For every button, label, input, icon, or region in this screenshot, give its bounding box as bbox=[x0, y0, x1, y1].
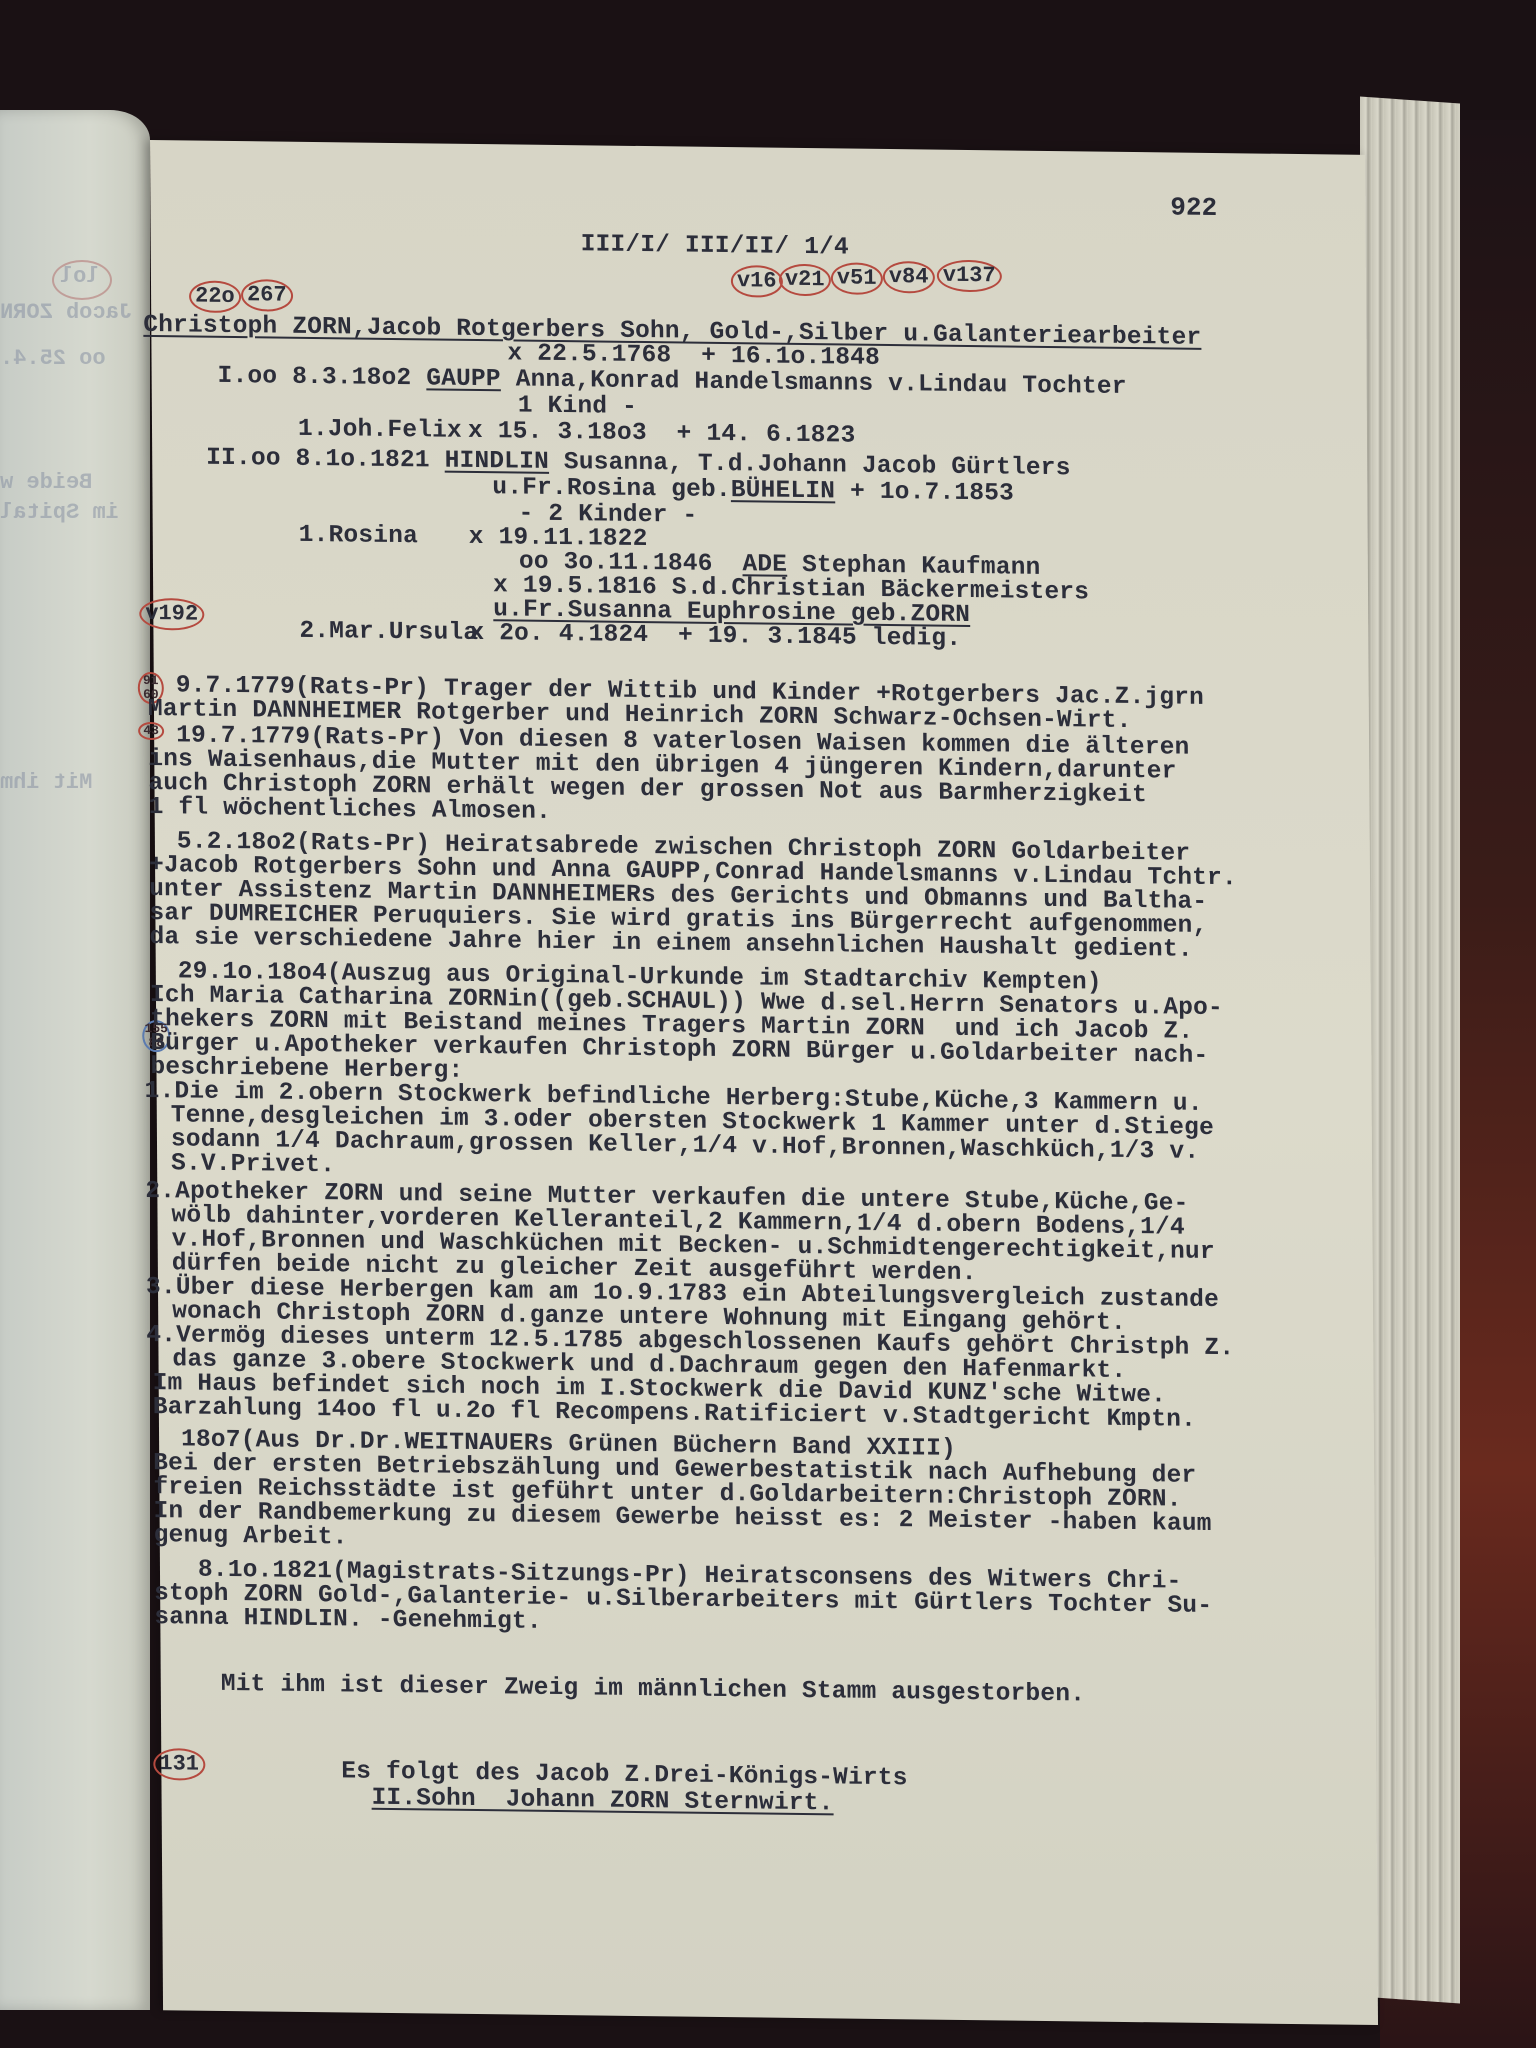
p5-line: genug Arbeit. bbox=[154, 1522, 348, 1552]
child-ursula-name: 2.Mar.Ursula bbox=[299, 618, 478, 648]
p2-line: 1 fl wöchentliches Almosen. bbox=[149, 794, 552, 827]
circled-ref: v192 bbox=[139, 598, 204, 631]
ghost-line: im Spital bbox=[0, 500, 119, 525]
circled-ref: 22o bbox=[189, 280, 241, 313]
child-ursula-dates: x 2o. 4.1824 + 19. 3.1845 ledig. bbox=[469, 620, 961, 654]
surname-gaupp: GAUPP bbox=[426, 365, 501, 393]
child-felix-name: 1.Joh.Felix bbox=[298, 416, 462, 446]
circled-ref: v21 bbox=[779, 264, 831, 297]
circled-ref: 267 bbox=[241, 279, 293, 312]
circled-ref: 131 bbox=[153, 1748, 205, 1781]
left-page: lol Jacob ZORN oo 25.4. Beide w im Spita… bbox=[0, 110, 150, 2010]
child-rosina-name: 1.Rosina bbox=[299, 522, 418, 551]
reference-code: III/I/ III/II/ 1/4 bbox=[581, 231, 849, 262]
page-number: 922 bbox=[1170, 192, 1217, 223]
first-marriage: I.oo 8.3.18o2 GAUPP Anna,Konrad Handelsm… bbox=[218, 363, 1127, 402]
ghost-circle-label: lol bbox=[60, 264, 100, 289]
circled-ref: v16 bbox=[731, 265, 783, 298]
ghost-line: Jacob ZORN bbox=[0, 300, 132, 325]
surname-buehelin: BÜHELIN bbox=[731, 477, 836, 505]
ghost-line: Beide w bbox=[0, 470, 92, 495]
first-children-header: 1 Kind - bbox=[518, 392, 637, 421]
surname-hindlin: HINDLIN bbox=[445, 448, 550, 476]
circled-ref: v137 bbox=[937, 260, 1002, 293]
extinct-note: Mit ihm ist dieser Zweig im männlichen S… bbox=[221, 1671, 1086, 1710]
child-felix-dates: x 15. 3.18o3 + 14. 6.1823 bbox=[468, 418, 856, 451]
circled-ref: v84 bbox=[883, 261, 935, 294]
document-page: 922 III/I/ III/II/ 1/4 v16 v21 v51 v84 v… bbox=[150, 140, 1378, 2025]
p6-line: sanna HINDLIN. -Genehmigt. bbox=[154, 1604, 542, 1637]
circled-ref: v51 bbox=[831, 262, 883, 295]
follows-line: II.Sohn Johann ZORN Sternwirt. bbox=[371, 1785, 833, 1819]
ghost-line: oo 25.4. bbox=[0, 346, 106, 371]
ghost-line: Mit ihm bbox=[0, 770, 92, 795]
margin-mark: 43 bbox=[138, 722, 164, 740]
p4-item1-line: S.V.Privet. bbox=[171, 1150, 335, 1180]
